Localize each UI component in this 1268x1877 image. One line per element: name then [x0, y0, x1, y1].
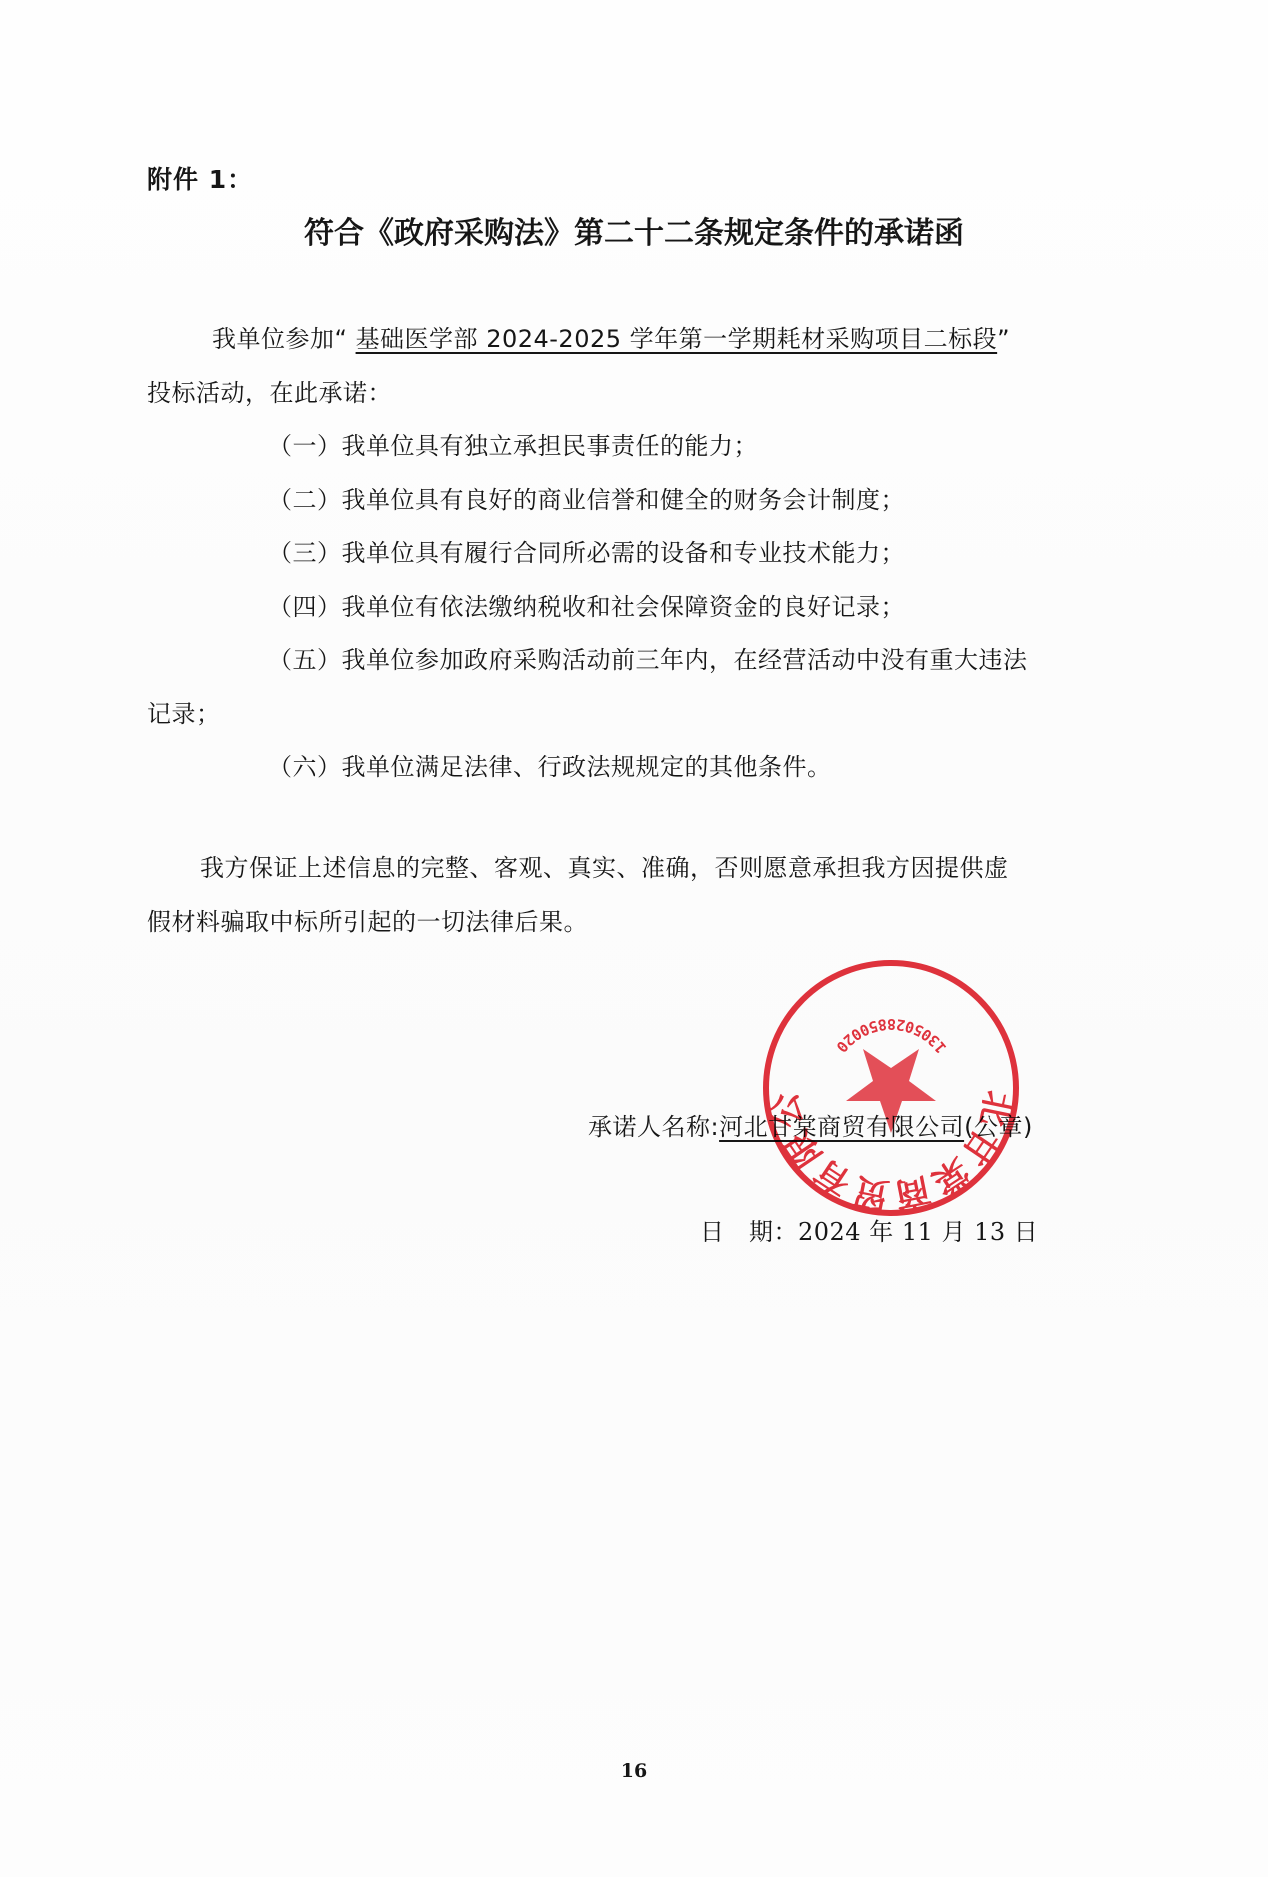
commitment-item-2: （二）我单位具有良好的商业信誉和健全的财务会计制度； [268, 480, 905, 515]
commitment-marker: （一） [268, 432, 342, 460]
date-line: 日 期：2024 年 11 月 13 日 [700, 1212, 1038, 1247]
guarantee-line-1: 我方保证上述信息的完整、客观、真实、准确，否则愿意承担我方因提供虚 [200, 848, 1009, 883]
commitment-item-4: （四）我单位有依法缴纳税收和社会保障资金的良好记录； [268, 587, 905, 622]
company-seal-icon: 河北甘棠商贸有限公司 1305028850020 [760, 957, 1022, 1219]
commitment-text: 我单位具有独立承担民事责任的能力； [342, 432, 759, 460]
document-page: 附件 1： 符合《政府采购法》第二十二条规定条件的承诺函 我单位参加“ 基础医学… [0, 0, 1268, 1877]
date-label: 日 期： [700, 1218, 798, 1246]
commitment-text: 我单位有依法缴纳税收和社会保障资金的良好记录； [342, 593, 906, 621]
attachment-label: 附件 1： [147, 160, 253, 196]
company-name: 河北甘棠商贸有限公司 [719, 1113, 964, 1141]
commitment-marker: （六） [268, 753, 342, 781]
commitment-marker: （四） [268, 593, 342, 621]
document-title: 符合《政府采购法》第二十二条规定条件的承诺函 [0, 208, 1268, 252]
project-name: 基础医学部 2024-2025 学年第一学期耗材采购项目二标段 [356, 325, 998, 353]
guarantee-line-2: 假材料骗取中标所引起的一切法律后果。 [147, 902, 588, 937]
commitment-text: 我单位具有良好的商业信誉和健全的财务会计制度； [342, 486, 906, 514]
intro-prefix: 我单位参加“ [212, 325, 356, 353]
commitment-item-6: （六）我单位满足法律、行政法规规定的其他条件。 [268, 747, 832, 782]
date-value: 2024 年 11 月 13 日 [798, 1218, 1038, 1246]
commitment-text: 我单位具有履行合同所必需的设备和专业技术能力； [342, 539, 906, 567]
commitment-text: 我单位满足法律、行政法规规定的其他条件。 [342, 753, 832, 781]
commitment-marker: （二） [268, 486, 342, 514]
signature-label: 承诺人名称: [588, 1113, 719, 1141]
seal-note: (公章) [964, 1113, 1033, 1141]
commitment-marker: （三） [268, 539, 342, 567]
svg-text:1305028850020: 1305028850020 [832, 1015, 950, 1057]
commitment-item-5-continuation: 记录； [147, 694, 221, 729]
commitment-text: 我单位参加政府采购活动前三年内，在经营活动中没有重大违法 [342, 646, 1028, 674]
commitment-item-3: （三）我单位具有履行合同所必需的设备和专业技术能力； [268, 533, 905, 568]
commitment-item-1: （一）我单位具有独立承担民事责任的能力； [268, 426, 758, 461]
seal-number-text: 1305028850020 [832, 1015, 950, 1057]
intro-continuation: 投标活动，在此承诺： [147, 373, 392, 408]
commitment-item-5: （五）我单位参加政府采购活动前三年内，在经营活动中没有重大违法 [268, 640, 1028, 675]
page-number: 16 [0, 1760, 1268, 1782]
commitment-marker: （五） [268, 646, 342, 674]
signature-line: 承诺人名称:河北甘棠商贸有限公司(公章) [588, 1107, 1033, 1142]
intro-line: 我单位参加“ 基础医学部 2024-2025 学年第一学期耗材采购项目二标段” [212, 319, 1010, 354]
intro-suffix: ” [997, 325, 1010, 353]
